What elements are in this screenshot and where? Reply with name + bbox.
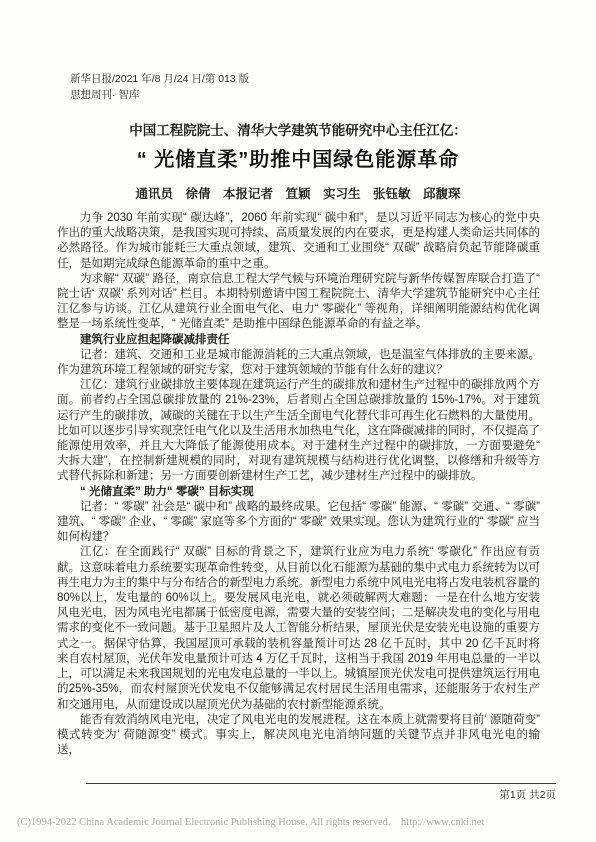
article-kicker: 中国工程院院士、清华大学建筑节能研究中心主任江亿：: [0, 119, 596, 139]
copyright-watermark: (C)1994-2022 China Academic Journal Elec…: [17, 817, 484, 828]
article-paragraph: 为求解“ 双碳” 路径，南京信息工程大学气候与环境治理研究院与新华传媒智库联合打…: [57, 272, 540, 333]
article-paragraph: 江亿：在全面践行“ 双碳” 目标的背景之下，建筑行业应为电力系统“ 零碳化” 作…: [57, 545, 540, 712]
article-title: “ 光储直柔”助推中国绿色能源革命: [0, 143, 596, 172]
article-byline: 通讯员 徐倩 本报记者 笪颖 实习生 张钰敏 邱馥琛: [0, 184, 596, 202]
newspaper-section: 思想周刊· 智库: [70, 87, 249, 103]
page-number: 第1页 共2页: [86, 787, 556, 802]
section-heading: “ 光储直柔” 助力“ 零碳” 目标实现: [57, 485, 540, 500]
document-page: 新华日报/2021 年/8 月/24 日/第 013 版 思想周刊· 智库 中国…: [0, 0, 596, 842]
article-paragraph: 记者：建筑、交通和工业是城市能源消耗的三大重点领域，也是温室气体排放的主要来源。…: [57, 348, 540, 378]
section-heading: 建筑行业应担起降碳减排责任: [57, 333, 540, 348]
masthead: 新华日报/2021 年/8 月/24 日/第 013 版 思想周刊· 智库: [70, 71, 249, 103]
newspaper-source: 新华日报/2021 年/8 月/24 日/第 013 版: [70, 71, 249, 87]
article-paragraph: 江亿：建筑行业碳排放主要体现在建筑运行产生的碳排放和建材生产过程中的碳排放两个方…: [57, 378, 540, 484]
article-paragraph: 力争 2030 年前实现“ 碳达峰”，2060 年前实现“ 碳中和”，是以习近平…: [57, 211, 540, 272]
article-paragraph: 记者：“ 零碳” 社会是“ 碳中和” 战略的最终成果。它包括“ 零碳” 能源、“…: [57, 500, 540, 546]
article-paragraph: 能否有效消纳风电光电，决定了风电光电的发展进程。这在本质上就需要将目前‘ 源随荷…: [57, 713, 540, 759]
footer-divider: [86, 783, 556, 784]
article-body: 力争 2030 年前实现“ 碳达峰”，2060 年前实现“ 碳中和”，是以习近平…: [57, 211, 540, 758]
